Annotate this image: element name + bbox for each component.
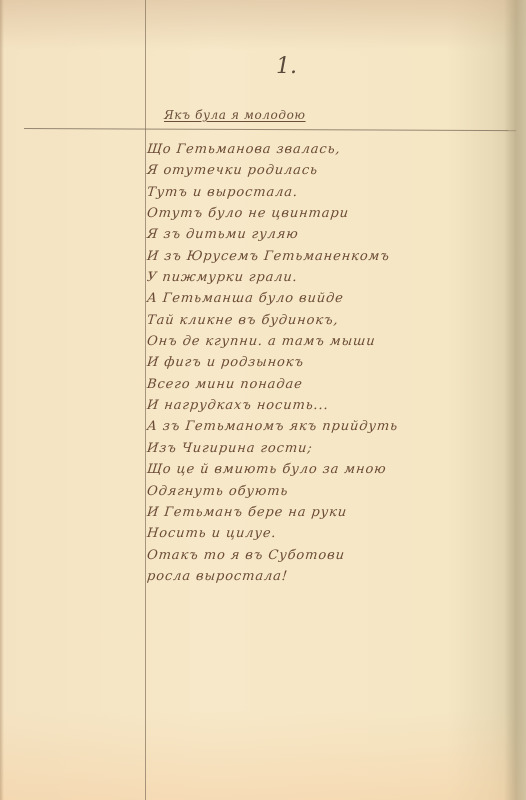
- verse-line: Що це й вмиють було за мною: [146, 459, 508, 480]
- verse-line: Отутъ було не цвинтари: [146, 203, 508, 224]
- verse-line: И нагрудкахъ носить...: [146, 395, 508, 416]
- manuscript-page: 1. Якъ була я молодою Що Гетьманова звал…: [0, 0, 526, 800]
- song-title: Якъ була я молодою: [164, 108, 306, 122]
- verse-line: И фигъ и родзынокъ: [146, 352, 508, 373]
- verse-line: И зъ Юрусемъ Гетьманенкомъ: [146, 246, 508, 267]
- verse-list: Що Гетьманова звалась, Я отутечки родила…: [147, 139, 507, 587]
- verse-line: И Гетьманъ бере на руки: [146, 502, 508, 523]
- verse-line: Одягнуть обують: [146, 481, 508, 502]
- margin-rule-vertical: [145, 0, 146, 800]
- verse-line: Я зъ дитьми гуляю: [146, 224, 508, 245]
- page-left-edge: [0, 0, 4, 800]
- verse-line: Тай кликне въ будинокъ,: [146, 310, 508, 331]
- verse-line: Онъ де кгупни. а тамъ мыши: [146, 331, 508, 352]
- verse-line: росла выростала!: [146, 566, 508, 587]
- verse-line: У пижмурки грали.: [146, 267, 508, 288]
- verse-line: А зъ Гетьманомъ якъ прийдуть: [146, 416, 508, 437]
- verse-line: Отакъ то я въ Суботови: [146, 545, 508, 566]
- verse-line: Що Гетьманова звалась,: [146, 139, 508, 160]
- verse-line: Изъ Чигирина гости;: [146, 438, 508, 459]
- verse-line: Носить и цилуе.: [146, 523, 508, 544]
- verse-line: Я отутечки родилась: [146, 160, 508, 181]
- verse-line: А Гетьманша було вийде: [146, 288, 508, 309]
- header-rule-horizontal: [24, 128, 516, 131]
- verse-line: Всего мини понадае: [146, 374, 508, 395]
- page-number: 1.: [276, 54, 297, 79]
- verse-line: Тутъ и выростала.: [146, 182, 508, 203]
